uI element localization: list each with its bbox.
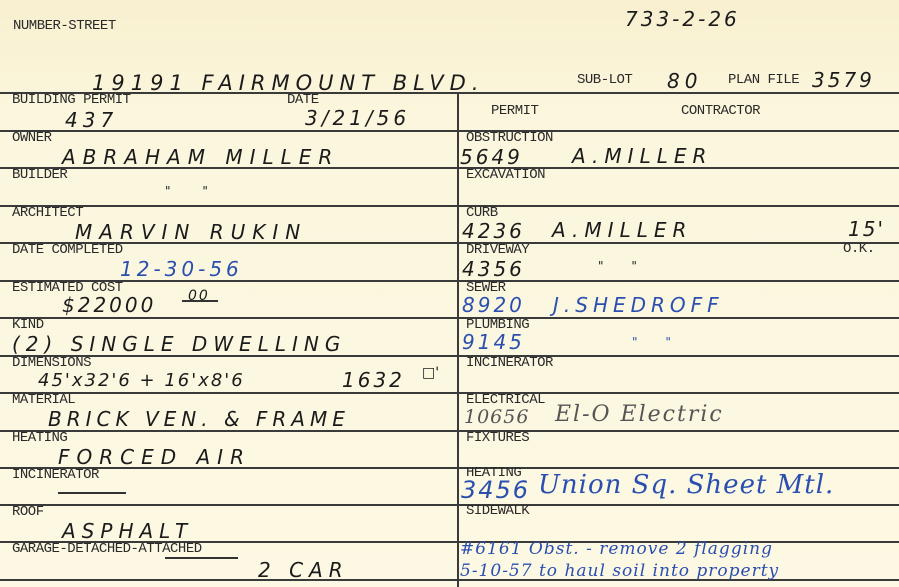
date-completed-value: 12-30-56	[120, 258, 243, 280]
garage-value: 2 CAR	[258, 559, 349, 581]
heating-permit: 3456	[461, 479, 530, 501]
plumbing-contractor: " "	[632, 331, 683, 353]
permit-header: PERMIT	[491, 104, 538, 118]
kind-value: (2) SINGLE DWELLING	[12, 333, 346, 355]
garage-label: GARAGE-DETACHED-ATTACHED	[12, 542, 202, 556]
excavation-label: EXCAVATION	[466, 168, 545, 182]
material-value: BRICK VEN. & FRAME	[48, 408, 350, 430]
electrical-label: ELECTRICAL	[466, 393, 545, 407]
plan-file-value: 3579	[812, 69, 875, 91]
rule	[0, 392, 899, 394]
rule	[0, 504, 899, 506]
electrical-contractor: El-O Electric	[555, 404, 724, 426]
rule	[0, 205, 899, 207]
sidewalk-label: SIDEWALK	[466, 504, 529, 518]
square-feet-icon: □'	[422, 362, 439, 384]
driveway-contractor: " "	[598, 255, 649, 277]
roof-value: ASPHALT	[62, 520, 193, 542]
architect-label: ARCHITECT	[12, 206, 83, 220]
footnote-line-1: #6161 Obst. - remove 2 flagging	[460, 538, 773, 560]
incinerator-dash	[58, 492, 126, 494]
roof-label: ROOF	[12, 505, 44, 519]
sewer-permit: 8920	[462, 294, 525, 316]
plumbing-permit: 9145	[462, 331, 525, 353]
permit-card: 733-2-26 NUMBER-STREET 19191 FAIRMOUNT B…	[0, 0, 899, 587]
rule	[0, 317, 899, 319]
owner-label: OWNER	[12, 131, 52, 145]
incinerator-label: INCINERATOR	[12, 468, 99, 482]
obstruction-contractor: A.MILLER	[572, 145, 712, 167]
curb-label: CURB	[466, 206, 498, 220]
contractor-header: CONTRACTOR	[681, 104, 760, 118]
builder-label: BUILDER	[12, 168, 67, 182]
date-value: 3/21/56	[305, 107, 410, 129]
rule	[0, 130, 899, 132]
estimated-cost-cents: 00	[188, 285, 210, 307]
material-label: MATERIAL	[12, 393, 75, 407]
dimensions-value: 45'x32'6 + 16'x8'6	[38, 370, 245, 392]
date-label: DATE	[287, 93, 319, 107]
architect-value: MARVIN RUKIN	[75, 221, 307, 243]
fixtures-label: FIXTURES	[466, 431, 529, 445]
heating-value: FORCED AIR	[58, 446, 251, 468]
address-value: 19191 FAIRMOUNT BLVD.	[92, 72, 485, 94]
curb-permit: 4236	[462, 220, 525, 242]
heating-label: HEATING	[12, 431, 67, 445]
card-number: 733-2-26	[625, 8, 740, 30]
dimensions-area: 1632	[342, 369, 405, 391]
heating-contractor: Union Sq. Sheet Mtl.	[538, 474, 834, 496]
building-permit-label: BUILDING PERMIT	[12, 93, 131, 107]
driveway-label: DRIVEWAY	[466, 243, 529, 257]
rule	[0, 92, 899, 94]
dimensions-label: DIMENSIONS	[12, 356, 91, 370]
attached-underline	[165, 557, 238, 559]
cents-underline	[182, 300, 218, 302]
number-street-label: NUMBER-STREET	[13, 19, 116, 33]
footnote-line-2: 5-10-57 to haul soil into property	[460, 560, 779, 582]
kind-label: KIND	[12, 318, 44, 332]
sublot-value: 80	[667, 70, 702, 92]
driveway-note: O.K.	[843, 242, 875, 256]
curb-contractor: A.MILLER	[552, 219, 692, 241]
builder-value: " "	[165, 180, 222, 202]
owner-value: ABRAHAM MILLER	[62, 146, 339, 168]
electrical-permit: 10656	[464, 406, 529, 428]
curb-note: 15'	[848, 218, 885, 240]
column-divider	[457, 92, 459, 587]
sewer-contractor: J.SHEDROFF	[553, 294, 724, 316]
incinerator-permit-label: INCINERATOR	[466, 356, 553, 370]
obstruction-permit: 5649	[460, 146, 523, 168]
building-permit-value: 437	[65, 109, 118, 131]
plan-file-label: PLAN FILE	[728, 73, 799, 87]
sublot-label: SUB-LOT	[577, 73, 632, 87]
estimated-cost-value: $22000	[62, 294, 156, 316]
obstruction-label: OBSTRUCTION	[466, 131, 553, 145]
driveway-permit: 4356	[462, 258, 525, 280]
date-completed-label: DATE COMPLETED	[12, 243, 123, 257]
